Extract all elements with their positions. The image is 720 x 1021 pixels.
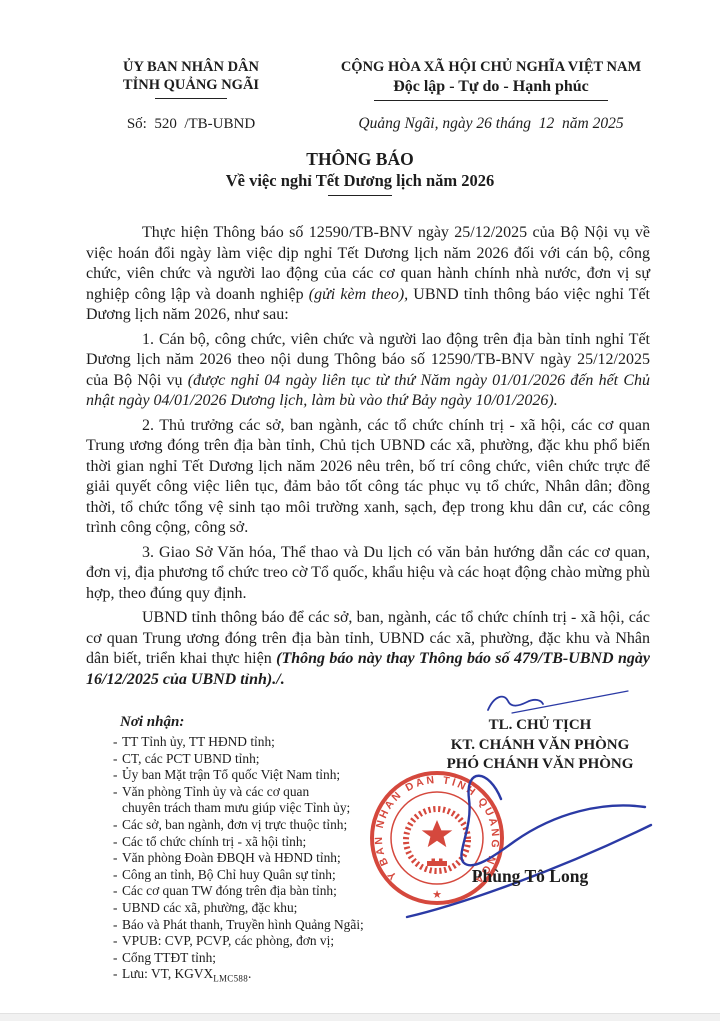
recipient-text: Các tổ chức chính trị - xã hội tỉnh; bbox=[122, 834, 306, 849]
recipient-subscript: LMC588 bbox=[213, 974, 248, 984]
document-title: THÔNG BÁO bbox=[0, 149, 720, 170]
paragraph: 1. Cán bộ, công chức, viên chức và người… bbox=[86, 330, 650, 412]
header-divider-right bbox=[374, 100, 608, 101]
signature-authority-line2: KT. CHÁNH VĂN PHÒNG bbox=[385, 736, 695, 756]
list-dash: - bbox=[113, 734, 122, 751]
text-run: 3. Giao Sở Văn hóa, Thể thao và Du lịch … bbox=[86, 544, 650, 602]
recipient-text: CT, các PCT UBND tỉnh; bbox=[122, 751, 260, 766]
list-dash: - bbox=[113, 817, 122, 834]
title-divider bbox=[328, 195, 392, 196]
national-name: CỘNG HÒA XÃ HỘI CHỦ NGHĨA VIỆT NAM bbox=[320, 58, 662, 77]
recipient-item: -Lưu: VT, KGVXLMC588. bbox=[113, 966, 413, 987]
recipient-text: Lưu: VT, KGVX bbox=[122, 966, 213, 981]
text-run: 2. Thủ trưởng các sở, ban ngành, các tổ … bbox=[86, 417, 650, 537]
list-dash: - bbox=[113, 883, 122, 900]
recipient-item: -TT Tỉnh ủy, TT HĐND tỉnh; bbox=[113, 734, 413, 751]
recipient-text: Công an tỉnh, Bộ Chỉ huy Quân sự tỉnh; bbox=[122, 867, 336, 882]
recipient-item: -VPUB: CVP, PCVP, các phòng, đơn vị; bbox=[113, 933, 413, 950]
recipients-title: Nơi nhận: bbox=[120, 714, 413, 731]
list-dash: - bbox=[113, 950, 122, 967]
list-dash: - bbox=[113, 966, 122, 983]
page-bottom-bar bbox=[0, 1013, 720, 1021]
recipient-item: -Báo và Phát thanh, Truyền hình Quảng Ng… bbox=[113, 917, 413, 934]
paragraph: 2. Thủ trưởng các sở, ban ngành, các tổ … bbox=[86, 416, 650, 539]
paragraph: Thực hiện Thông báo số 12590/TB-BNV ngày… bbox=[86, 223, 650, 326]
list-dash: - bbox=[113, 917, 122, 934]
list-dash: - bbox=[113, 751, 122, 768]
place-and-date: Quảng Ngãi, ngày 26 tháng 12 năm 2025 bbox=[320, 115, 662, 133]
title-block: THÔNG BÁO Về việc nghỉ Tết Dương lịch nă… bbox=[0, 149, 720, 196]
recipient-text: VPUB: CVP, PCVP, các phòng, đơn vị; bbox=[122, 933, 334, 948]
document-header: ỦY BAN NHÂN DÂN TỈNH QUẢNG NGÃI Số: 520 … bbox=[0, 0, 720, 133]
recipient-text: TT Tỉnh ủy, TT HĐND tỉnh; bbox=[122, 734, 275, 749]
national-motto-block: CỘNG HÒA XÃ HỘI CHỦ NGHĨA VIỆT NAM Độc l… bbox=[320, 58, 662, 133]
list-dash: - bbox=[113, 784, 122, 801]
handwritten-signature-icon bbox=[405, 765, 655, 935]
recipient-text: chuyên trách tham mưu giúp việc Tỉnh ủy; bbox=[122, 800, 350, 815]
recipient-text: Báo và Phát thanh, Truyền hình Quảng Ngã… bbox=[122, 917, 364, 932]
list-dash: - bbox=[113, 867, 122, 884]
document-subtitle: Về việc nghỉ Tết Dương lịch năm 2026 bbox=[0, 170, 720, 191]
recipient-text: Các sở, ban ngành, đơn vị trực thuộc tỉn… bbox=[122, 817, 347, 832]
signature-initial-icon bbox=[482, 684, 634, 718]
paragraph: 3. Giao Sở Văn hóa, Thể thao và Du lịch … bbox=[86, 543, 650, 605]
recipient-item: -CT, các PCT UBND tỉnh; bbox=[113, 751, 413, 768]
recipient-item: -Cổng TTĐT tỉnh; bbox=[113, 950, 413, 967]
issuing-authority-line1: ỦY BAN NHÂN DÂN bbox=[62, 58, 320, 76]
list-dash: - bbox=[113, 933, 122, 950]
issuing-authority-line2: TỈNH QUẢNG NGÃI bbox=[62, 76, 320, 94]
header-divider-left bbox=[155, 98, 227, 99]
paragraph: UBND tỉnh thông báo để các sở, ban, ngàn… bbox=[86, 608, 650, 690]
list-dash: - bbox=[113, 850, 122, 867]
list-dash: - bbox=[113, 900, 122, 917]
list-dash: - bbox=[113, 834, 122, 851]
signature-authority-line1: TL. CHỦ TỊCH bbox=[385, 716, 695, 736]
recipient-tail: . bbox=[248, 966, 251, 981]
recipient-text: Ủy ban Mặt trận Tổ quốc Việt Nam tỉnh; bbox=[122, 767, 340, 782]
signature-authority-line3: PHÓ CHÁNH VĂN PHÒNG bbox=[385, 755, 695, 775]
document-number: Số: 520 /TB-UBND bbox=[62, 116, 320, 133]
text-run: (gửi kèm theo), bbox=[309, 286, 408, 303]
recipient-text: UBND các xã, phường, đặc khu; bbox=[122, 900, 297, 915]
document-body: Thực hiện Thông báo số 12590/TB-BNV ngày… bbox=[86, 223, 650, 690]
recipient-text: Cổng TTĐT tỉnh; bbox=[122, 950, 216, 965]
recipient-text: Văn phòng Tỉnh ủy và các cơ quan bbox=[122, 784, 309, 799]
recipient-text: Các cơ quan TW đóng trên địa bàn tỉnh; bbox=[122, 883, 337, 898]
issuing-authority-block: ỦY BAN NHÂN DÂN TỈNH QUẢNG NGÃI Số: 520 … bbox=[62, 58, 320, 133]
signer-name: Phùng Tô Long bbox=[400, 866, 660, 887]
recipient-text: Văn phòng Đoàn ĐBQH và HĐND tỉnh; bbox=[122, 850, 341, 865]
document-page: ỦY BAN NHÂN DÂN TỈNH QUẢNG NGÃI Số: 520 … bbox=[0, 0, 720, 1021]
list-dash: - bbox=[113, 767, 122, 784]
signature-block: TL. CHỦ TỊCH KT. CHÁNH VĂN PHÒNG PHÓ CHÁ… bbox=[385, 716, 695, 775]
national-motto: Độc lập - Tự do - Hạnh phúc bbox=[320, 77, 662, 97]
